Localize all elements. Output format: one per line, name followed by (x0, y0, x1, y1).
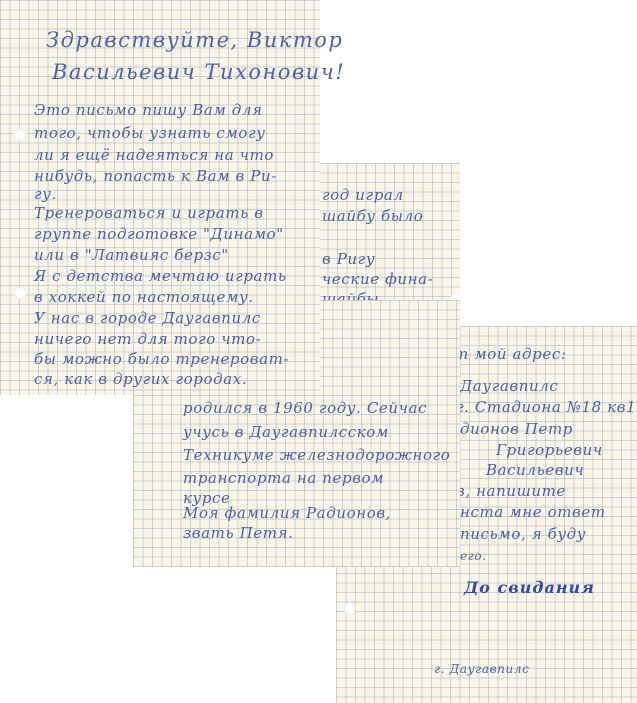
text-line: транспорта на первом (183, 468, 384, 488)
text-line: его. (460, 546, 487, 566)
text-line: ческие фина- (322, 269, 433, 289)
text-line: нибудь, попасть к Вам в Ри- (34, 166, 277, 186)
text-line: нста мне ответ (460, 502, 606, 522)
text-line: учусь в Даугавпилсском (183, 422, 389, 442)
closing: До свидания (464, 578, 595, 598)
text-line: год играл (322, 185, 404, 205)
text-line: Васильевич (486, 460, 584, 480)
punch-hole (14, 129, 26, 141)
text-line: ся, как в других городах. (34, 369, 247, 389)
greeting-line: Здравствуйте, Виктор (46, 30, 343, 50)
text-line: гу. (34, 184, 57, 204)
text-line: группе подготовке "Динамо" (34, 224, 284, 244)
text-line: звать Петя. (183, 523, 294, 543)
text-line: Это письмо пишу Вам для (34, 100, 263, 120)
text-line: дионов Петр (460, 419, 573, 439)
text-line: в Ригу (322, 249, 375, 269)
text-line: того, чтобы узнать смогу (34, 123, 266, 143)
text-line: родился в 1960 году. Сейчас (183, 398, 427, 418)
text-line: т мой адрес: (454, 344, 566, 364)
text-line: Моя фамилия Радионов, (183, 503, 391, 523)
text-line: ли я ещё надеяться на что (34, 145, 274, 165)
text-line: Даугавпилс (460, 376, 558, 396)
text-line: У нас в городе Даугавпилс (34, 308, 261, 328)
punch-hole (14, 287, 26, 299)
place-name: г. Даугавпилс (434, 659, 529, 679)
text-line: Я с детства мечтаю играть (34, 266, 287, 286)
text-line: письмо, я буду (460, 524, 586, 544)
text-line: ничего нет для того что- (34, 329, 261, 349)
text-line: Тренероваться и играть в (34, 203, 264, 223)
text-line: в хоккей по настоящему. (34, 287, 254, 307)
punch-hole (344, 602, 356, 614)
text-line: или в "Латвияс берзс" (34, 245, 229, 265)
text-line: бы можно было тренероват- (34, 349, 289, 369)
greeting-line: Васильевич Тихонович! (52, 62, 345, 82)
text-line: г. Стадиона №18 кв15 (456, 397, 637, 417)
text-line: шайбу было (322, 206, 423, 226)
text-line: Техникуме железнодорожного (183, 445, 450, 465)
text-line: в, напишите (456, 481, 566, 501)
letter-page-1: Здравствуйте, Виктор Васильевич Тихонови… (0, 0, 320, 395)
text-line: Григорьевич (496, 440, 603, 460)
